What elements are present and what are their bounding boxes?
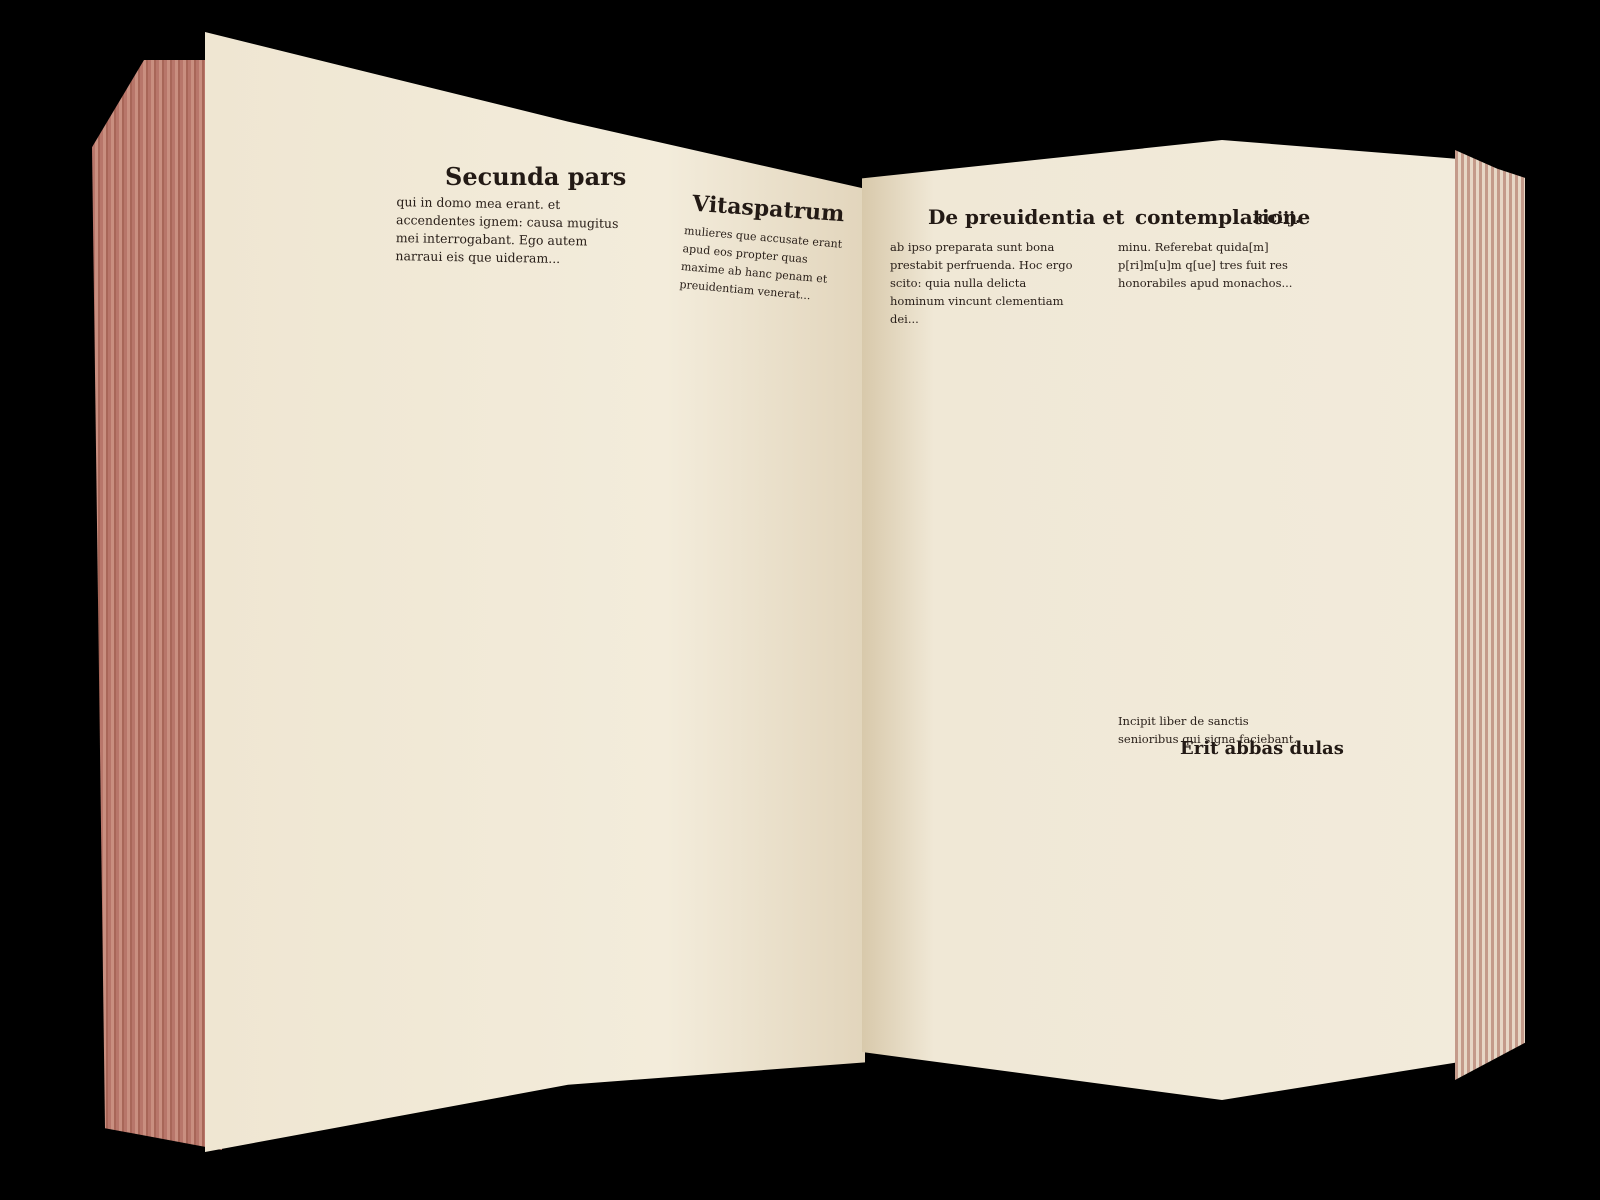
right-page-column-1: ab ipso preparata sunt bona prestabit pe… — [890, 238, 1075, 888]
text-column: minu. Referebat quida[m] p[ri]m[u]m q[ue… — [1118, 238, 1303, 292]
photo-background: Secunda pars Vitaspatrum qui in domo mea… — [0, 0, 1600, 1200]
text-column: qui in domo mea erant. et accendentes ig… — [395, 193, 621, 269]
book-fore-edge-right — [1455, 150, 1525, 1080]
right-page-column-2: minu. Referebat quida[m] p[ri]m[u]m q[ue… — [1118, 238, 1303, 708]
running-head-de-preuidentia: De preuidentia et — [928, 205, 1124, 229]
text-column: mulieres que accusate erant apud eos pro… — [679, 222, 850, 308]
folio-number: .cciij. — [1252, 208, 1301, 227]
book-fore-edge-left — [92, 60, 222, 1150]
running-head-secunda-pars: Secunda pars — [445, 162, 626, 191]
text-column: ab ipso preparata sunt bona prestabit pe… — [890, 238, 1075, 328]
left-page-column-1: qui in domo mea erant. et accendentes ig… — [383, 193, 621, 947]
chapter-opening: Erit abbas dulas — [1180, 738, 1344, 759]
